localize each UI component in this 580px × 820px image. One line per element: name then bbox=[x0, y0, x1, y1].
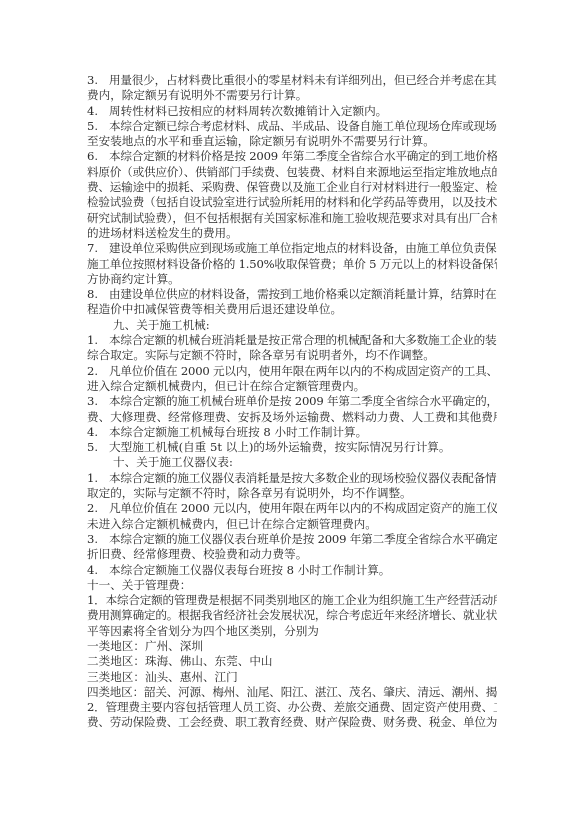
line-text: 九、关于施工机械: bbox=[113, 318, 210, 332]
line-text: 四类地区：韶关、河源、梅州、汕尾、阳江、湛江、茂名、肇庆、清远、潮州、揭阳、云浮 bbox=[87, 685, 497, 700]
text-line: 平等因素将全省划分为四个地区类别，分别为 bbox=[87, 624, 497, 639]
line-text: 施工单位按照材料设备价格的 1.50%收取保管费；单价 5 万元以上的材料设备保… bbox=[87, 257, 497, 272]
line-text: 未进入综合定额机械费内，但已计在综合定额管理费内。 bbox=[87, 517, 377, 531]
text-line: 4.本综合定额施工仪器仪表每台班按 8 小时工作制计算。 bbox=[87, 563, 497, 578]
item-number: 2. bbox=[87, 501, 109, 516]
text-line: 2．管理费主要内容包括管理人员工资、办公费、差旅交通费、固定资产使用费、工具用具… bbox=[87, 700, 497, 715]
line-text: 折旧费、经常修理费、校验费和动力费等。 bbox=[87, 547, 307, 561]
text-line: 方协商约定计算。 bbox=[87, 272, 497, 287]
line-text: 三类地区：汕头、惠州、江门 bbox=[87, 670, 238, 684]
line-text: 本综合定额施工仪器仪表每台班按 8 小时工作制计算。 bbox=[109, 563, 390, 577]
text-line: 1．本综合定额的管理费是根据不同类别地区的施工企业为组织施工生产经营活动所发生的 bbox=[87, 593, 497, 608]
line-text: 十、关于施工仪器仪表: bbox=[113, 455, 233, 469]
line-text: 本综合定额的材料价格是按 2009 年第二季度全省综合水平确定的到工地价格，包括… bbox=[109, 149, 497, 164]
item-number: 3. bbox=[87, 73, 109, 88]
item-number: 4. bbox=[87, 104, 109, 119]
text-line: 料原价（或供应价）、供销部门手续费、包装费、材料自来源地运至指定堆放地点的装卸运… bbox=[87, 165, 497, 180]
line-text: 由建设单位供应的材料设备，需按到工地价格乘以定额消耗量计算，结算时在含税工 bbox=[109, 287, 497, 302]
section-heading: 九、关于施工机械: bbox=[87, 318, 497, 333]
line-text: 建设单位采购供应到现场或施工单位指定地点的材料设备，由施工单位负责保管的， bbox=[109, 241, 497, 256]
text-line: 5.大型施工机械(自重 5t 以上)的场外运输费，按实际情况另行计算。 bbox=[87, 440, 497, 455]
text-line: 取定的，实际与定额不符时，除各章另有说明外，均不作调整。 bbox=[87, 486, 497, 501]
text-line: 8.由建设单位供应的材料设备，需按到工地价格乘以定额消耗量计算，结算时在含税工 bbox=[87, 287, 497, 302]
line-text: 十一、关于管理费： bbox=[87, 578, 191, 592]
text-line: 费用测算确定的。根据我省经济社会发展状况，综合考虑近年来经济增长、就业状况、物价… bbox=[87, 608, 497, 623]
text-line: 费、劳动保险费、工会经费、职工教育经费、财产保险费、财务费、税金、单位为管理人员… bbox=[87, 715, 497, 730]
item-number: 5. bbox=[87, 119, 109, 134]
text-line: 未进入综合定额机械费内，但已计在综合定额管理费内。 bbox=[87, 517, 497, 532]
line-text: 一类地区：广州、深圳 bbox=[87, 639, 203, 653]
text-line: 4.周转性材料已按相应的材料周转次数摊销计入定额内。 bbox=[87, 104, 497, 119]
line-text: 用量很少，占材料费比重很小的零星材料未有详细列出，但已经合并考虑在其他材料 bbox=[109, 73, 497, 88]
text-line: 3.本综合定额的施工仪器仪表台班单价是按 2009 年第二季度全省综合水平确定的… bbox=[87, 532, 497, 547]
line-text: 2．管理费主要内容包括管理人员工资、办公费、差旅交通费、固定资产使用费、工具用具… bbox=[87, 700, 497, 715]
text-line: 4.本综合定额施工机械每台班按 8 小时工作制计算。 bbox=[87, 425, 497, 440]
text-line: 至安装地点的水平和垂直运输，除定额另有说明外不需要另行计算。 bbox=[87, 134, 497, 149]
line-text: 本综合定额的施工仪器仪表台班单价是按 2009 年第二季度全省综合水平确定的，包… bbox=[109, 532, 497, 547]
text-line: 5.本综合定额已综合考虑材料、成品、半成品、设备自施工单位现场仓库或现场指定地点… bbox=[87, 119, 497, 134]
line-text: 的进场材料送检发生的费用。 bbox=[87, 226, 238, 240]
text-line: 3.本综合定额的施工机械台班单价是按 2009 年第二季度全省综合水平确定的，包… bbox=[87, 394, 497, 409]
text-line: 2.凡单位价值在 2000 元以内，使用年限在两年以内的不构成固定资产的工具、用… bbox=[87, 364, 497, 379]
line-text: 1．本综合定额的管理费是根据不同类别地区的施工企业为组织施工生产经营活动所发生的 bbox=[87, 593, 497, 608]
text-line: 费内，除定额另有说明外不需要另行计算。 bbox=[87, 88, 497, 103]
line-text: 二类地区：珠海、佛山、东莞、中山 bbox=[87, 654, 273, 668]
line-text: 程造价中扣减保管费等相关费用后退还建设单位。 bbox=[87, 302, 342, 316]
text-line: 进入综合定额机械费内，但已计在综合定额管理费内。 bbox=[87, 379, 497, 394]
section-heading: 十、关于施工仪器仪表: bbox=[87, 455, 497, 470]
line-text: 综合取定。实际与定额不符时，除各章另有说明者外，均不作调整。 bbox=[87, 348, 435, 362]
line-text: 费用测算确定的。根据我省经济社会发展状况，综合考虑近年来经济增长、就业状况、物价… bbox=[87, 608, 497, 623]
line-text: 本综合定额施工机械每台班按 8 小时工作制计算。 bbox=[109, 425, 367, 439]
line-text: 费、劳动保险费、工会经费、职工教育经费、财产保险费、财务费、税金、单位为管理人员… bbox=[87, 715, 497, 730]
text-line: 折旧费、经常修理费、校验费和动力费等。 bbox=[87, 547, 497, 562]
line-text: 本综合定额的施工仪器仪表消耗量是按大多数企业的现场校验仪器仪表配备情况综合 bbox=[109, 471, 497, 486]
line-text: 研究试制试验费），但不包括根据有关国家标准和施工验收规范要求对具有出厂合格证明 bbox=[87, 211, 497, 226]
text-line: 二类地区：珠海、佛山、东莞、中山 bbox=[87, 654, 497, 669]
document-page: 3.用量很少，占材料费比重很小的零星材料未有详细列出，但已经合并考虑在其他材料费… bbox=[87, 73, 497, 731]
text-line: 一类地区：广州、深圳 bbox=[87, 639, 497, 654]
line-text: 进入综合定额机械费内，但已计在综合定额管理费内。 bbox=[87, 379, 365, 393]
item-number: 3. bbox=[87, 394, 109, 409]
line-text: 费、大修理费、经常修理费、安拆及场外运输费、燃料动力费、人工费和其他费用等。 bbox=[87, 410, 497, 424]
item-number: 5. bbox=[87, 440, 109, 455]
item-number: 4. bbox=[87, 563, 109, 578]
text-line: 研究试制试验费），但不包括根据有关国家标准和施工验收规范要求对具有出厂合格证明 bbox=[87, 211, 497, 226]
text-line: 四类地区：韶关、河源、梅州、汕尾、阳江、湛江、茂名、肇庆、清远、潮州、揭阳、云浮 bbox=[87, 685, 497, 700]
text-line: 检验试验费（包括自设试验室进行试验所耗用的材料和化学药品等费用，以及技术革新和 bbox=[87, 195, 497, 210]
text-line: 费、运输途中的损耗、采购费、保管费以及施工企业自行对材料进行一般鉴定、检查所发生… bbox=[87, 180, 497, 195]
text-line: 3.用量很少，占材料费比重很小的零星材料未有详细列出，但已经合并考虑在其他材料 bbox=[87, 73, 497, 88]
line-text: 平等因素将全省划分为四个地区类别，分别为 bbox=[87, 624, 319, 638]
line-text: 周转性材料已按相应的材料周转次数摊销计入定额内。 bbox=[109, 104, 387, 118]
text-line: 三类地区：汕头、惠州、江门 bbox=[87, 670, 497, 685]
item-number: 6. bbox=[87, 149, 109, 164]
item-number: 4. bbox=[87, 425, 109, 440]
item-number: 8. bbox=[87, 287, 109, 302]
line-text: 本综合定额已综合考虑材料、成品、半成品、设备自施工单位现场仓库或现场指定地点运 bbox=[109, 119, 497, 134]
item-number: 1. bbox=[87, 333, 109, 348]
text-line: 6.本综合定额的材料价格是按 2009 年第二季度全省综合水平确定的到工地价格，… bbox=[87, 149, 497, 164]
item-number: 2. bbox=[87, 364, 109, 379]
text-line: 的进场材料送检发生的费用。 bbox=[87, 226, 497, 241]
line-text: 费、运输途中的损耗、采购费、保管费以及施工企业自行对材料进行一般鉴定、检查所发生… bbox=[87, 180, 497, 195]
item-number: 1. bbox=[87, 471, 109, 486]
text-line: 程造价中扣减保管费等相关费用后退还建设单位。 bbox=[87, 302, 497, 317]
text-line: 7.建设单位采购供应到现场或施工单位指定地点的材料设备，由施工单位负责保管的， bbox=[87, 241, 497, 256]
line-text: 本综合定额的施工机械台班单价是按 2009 年第二季度全省综合水平确定的，包括折… bbox=[109, 394, 497, 409]
text-line: 1.本综合定额的机械台班消耗量是按正常合理的机械配备和大多数施工企业的装备程度 bbox=[87, 333, 497, 348]
line-text: 费内，除定额另有说明外不需要另行计算。 bbox=[87, 88, 307, 102]
item-number: 7. bbox=[87, 241, 109, 256]
line-text: 检验试验费（包括自设试验室进行试验所耗用的材料和化学药品等费用，以及技术革新和 bbox=[87, 195, 497, 210]
line-text: 取定的，实际与定额不符时，除各章另有说明外，均不作调整。 bbox=[87, 486, 412, 500]
text-line: 1.本综合定额的施工仪器仪表消耗量是按大多数企业的现场校验仪器仪表配备情况综合 bbox=[87, 471, 497, 486]
line-text: 方协商约定计算。 bbox=[87, 272, 180, 286]
text-line: 十一、关于管理费： bbox=[87, 578, 497, 593]
text-line: 2.凡单位价值在 2000 元以内，使用年限在两年以内的不构成固定资产的施工仪器… bbox=[87, 501, 497, 516]
line-text: 大型施工机械(自重 5t 以上)的场外运输费，按实际情况另行计算。 bbox=[109, 440, 451, 454]
item-number: 3. bbox=[87, 532, 109, 547]
line-text: 本综合定额的机械台班消耗量是按正常合理的机械配备和大多数施工企业的装备程度 bbox=[109, 333, 497, 348]
line-text: 料原价（或供应价）、供销部门手续费、包装费、材料自来源地运至指定堆放地点的装卸运… bbox=[87, 165, 497, 180]
text-line: 费、大修理费、经常修理费、安拆及场外运输费、燃料动力费、人工费和其他费用等。 bbox=[87, 410, 497, 425]
line-text: 凡单位价值在 2000 元以内，使用年限在两年以内的不构成固定资产的施工仪器仪表… bbox=[109, 501, 497, 516]
text-line: 综合取定。实际与定额不符时，除各章另有说明者外，均不作调整。 bbox=[87, 348, 497, 363]
line-text: 凡单位价值在 2000 元以内，使用年限在两年以内的不构成固定资产的工具、用具等… bbox=[109, 364, 497, 379]
line-text: 至安装地点的水平和垂直运输，除定额另有说明外不需要另行计算。 bbox=[87, 134, 435, 148]
text-line: 施工单位按照材料设备价格的 1.50%收取保管费；单价 5 万元以上的材料设备保… bbox=[87, 257, 497, 272]
